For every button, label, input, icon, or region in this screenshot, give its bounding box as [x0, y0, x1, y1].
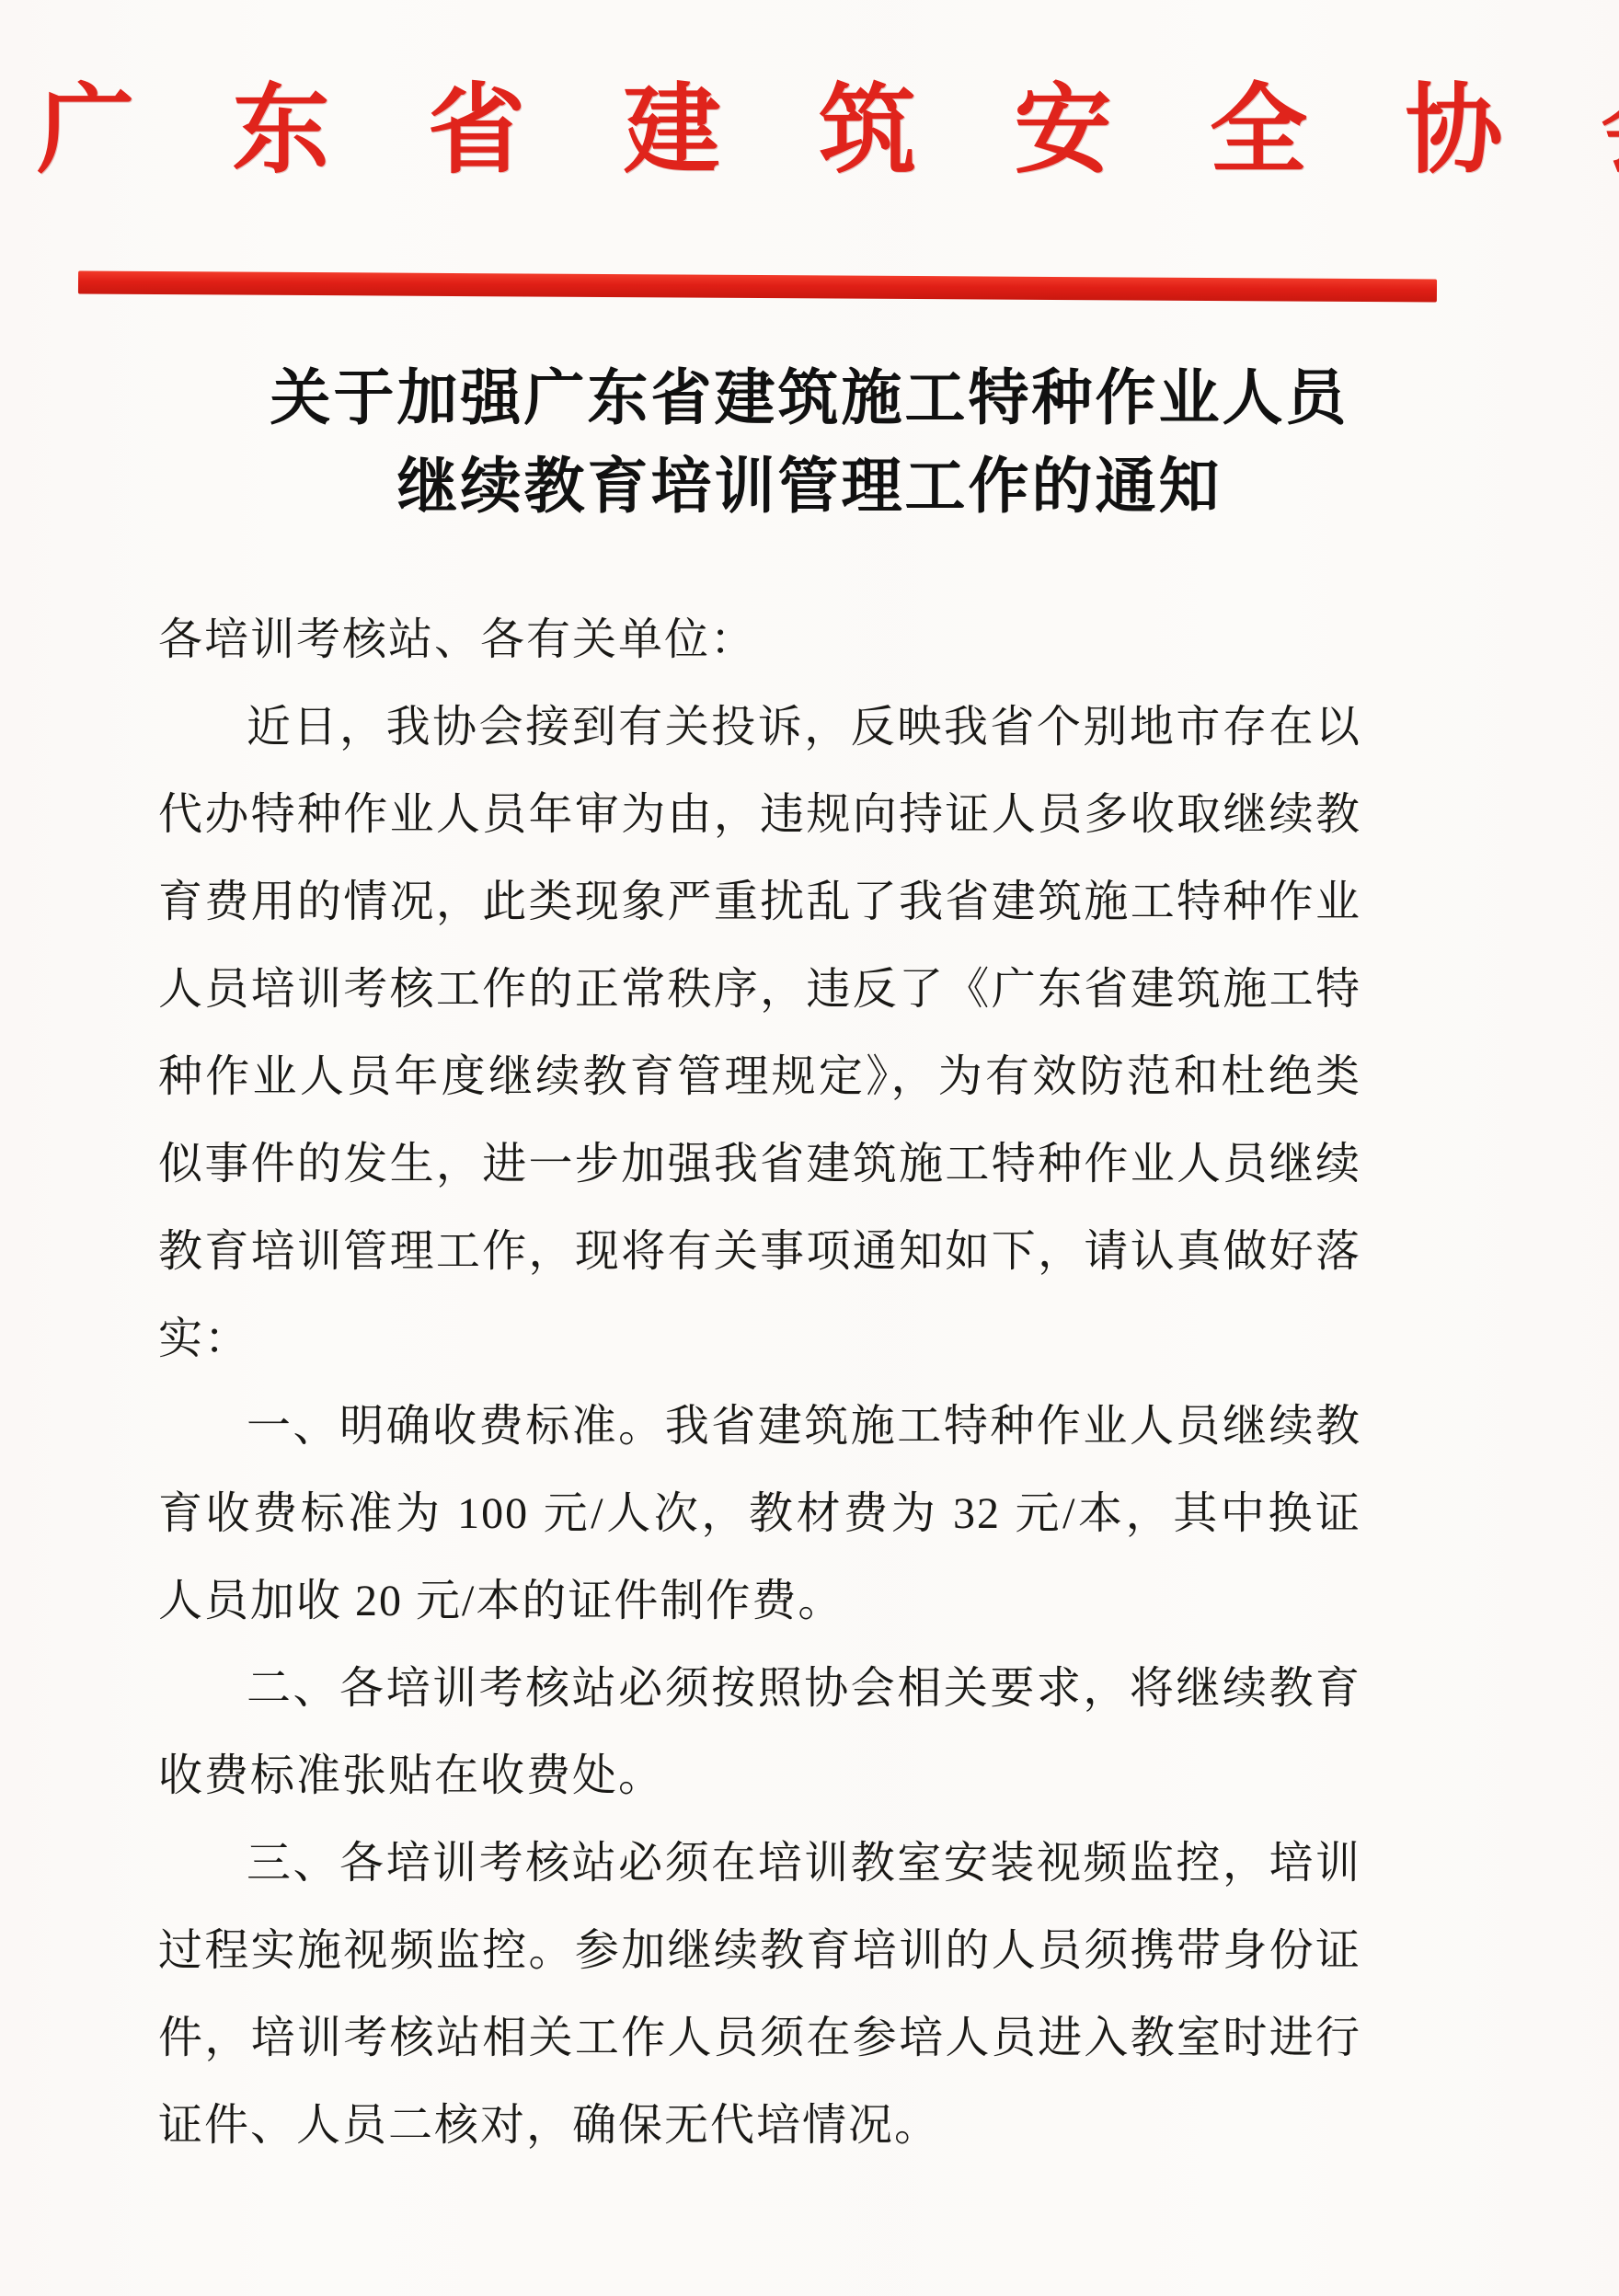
red-divider-rule [78, 270, 1437, 302]
salutation-line: 各培训考核站、各有关单位： [158, 596, 1361, 683]
doc-title-line-1: 关于加强广东省建筑施工特种作业人员 [0, 353, 1619, 442]
paragraph-item-3-video-monitoring: 三、各培训考核站必须在培训教室安装视频监控，培训过程实施视频监控。参加继续教育培… [158, 1820, 1361, 2169]
masthead: 广 东 省 建 筑 安 全 协 会 [0, 0, 1619, 187]
document-page: 广 东 省 建 筑 安 全 协 会 关于加强广东省建筑施工特种作业人员 继续教育… [0, 0, 1619, 2296]
paragraph-item-1-fee-standard: 一、明确收费标准。我省建筑施工特种作业人员继续教育收费标准为 100 元/人次，… [158, 1383, 1361, 1645]
paragraph-intro: 近日，我协会接到有关投诉，反映我省个别地市存在以代办特种作业人员年审为由，违规向… [158, 683, 1361, 1383]
notice-body: 各培训考核站、各有关单位： 近日，我协会接到有关投诉，反映我省个别地市存在以代办… [0, 596, 1619, 2169]
paragraph-item-2-fee-posting: 二、各培训考核站必须按照协会相关要求，将继续教育收费标准张贴在收费处。 [158, 1645, 1361, 1820]
doc-title-line-2: 继续教育培训管理工作的通知 [0, 442, 1619, 530]
org-name-title: 广 东 省 建 筑 安 全 协 会 [0, 77, 1619, 187]
doc-title: 关于加强广东省建筑施工特种作业人员 继续教育培训管理工作的通知 [0, 353, 1619, 530]
